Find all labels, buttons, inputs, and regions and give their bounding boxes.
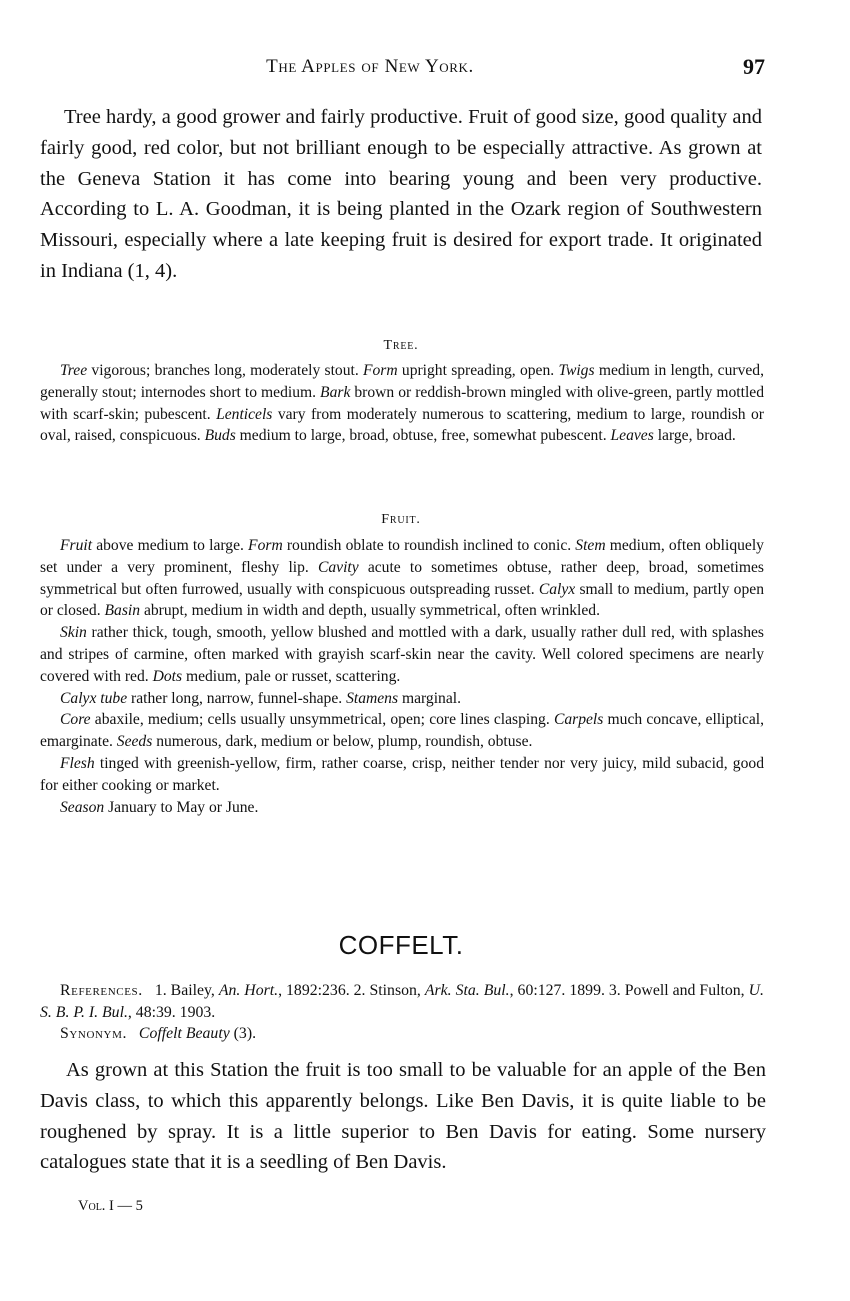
references-line: References. 1. Bailey, An. Hort., 1892:2… xyxy=(40,980,764,1023)
term: Buds xyxy=(205,427,236,444)
signature-mark: Vol. I — 5 xyxy=(78,1198,143,1215)
fruit-paragraph: Fruit above medium to large. Form roundi… xyxy=(40,535,764,622)
references-block: References. 1. Bailey, An. Hort., 1892:2… xyxy=(40,980,764,1045)
flesh-paragraph: Flesh tinged with greenish-yellow, firm,… xyxy=(40,753,764,797)
season-paragraph: Season January to May or June. xyxy=(40,797,764,819)
tree-paragraph: Tree vigorous; branches long, moderately… xyxy=(40,360,764,447)
term: Leaves xyxy=(611,427,654,444)
synonym-name: Coffelt Beauty xyxy=(139,1025,230,1042)
intro-paragraph: Tree hardy, a good grower and fairly pro… xyxy=(40,102,762,287)
fruit-description: Fruit above medium to large. Form roundi… xyxy=(40,535,764,818)
term: Twigs xyxy=(558,362,594,379)
term: Bark xyxy=(320,384,350,401)
book-page: The Apples of New York. 97 Tree hardy, a… xyxy=(0,0,850,1301)
core-paragraph: Core abaxile, medium; cells usually unsy… xyxy=(40,709,764,753)
references-label: References. xyxy=(60,982,143,999)
calyx-tube-paragraph: Calyx tube rather long, narrow, funnel-s… xyxy=(40,688,764,710)
skin-paragraph: Skin rather thick, tough, smooth, yellow… xyxy=(40,622,764,687)
page-number: 97 xyxy=(743,54,765,80)
term: Lenticels xyxy=(216,406,272,423)
fruit-section-heading: Fruit. xyxy=(40,512,762,528)
variety-title: COFFELT. xyxy=(40,930,762,961)
tree-section-heading: Tree. xyxy=(40,338,762,354)
term: Form xyxy=(363,362,398,379)
running-title: The Apples of New York. xyxy=(40,56,700,78)
term: Tree xyxy=(60,362,87,379)
tree-description: Tree vigorous; branches long, moderately… xyxy=(40,360,764,447)
synonym-line: Synonym. Coffelt Beauty (3). xyxy=(40,1023,764,1045)
running-head: The Apples of New York. 97 xyxy=(40,56,765,82)
outro-paragraph: As grown at this Station the fruit is to… xyxy=(40,1055,766,1178)
synonym-label: Synonym. xyxy=(60,1025,127,1042)
